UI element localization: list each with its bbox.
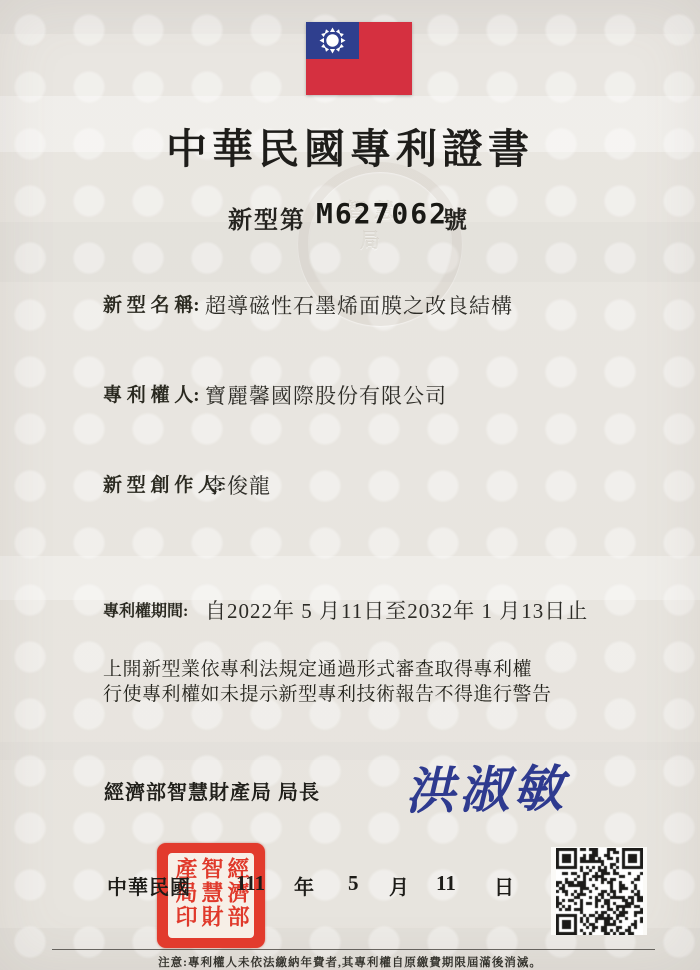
field-value-patentee: 寶麗馨國際股份有限公司 [205, 380, 447, 410]
field-value-creator: 李俊龍 [205, 470, 271, 500]
qr-code [551, 847, 647, 935]
patent-number-row: 新型第 M627062 號 [0, 197, 700, 229]
legal-statement-line2: 行使專利權如未提示新型專利技術報告不得進行警告 [103, 682, 552, 707]
certificate-title: 中華民國專利證書 [0, 116, 700, 175]
roc-flag-graphic [306, 22, 412, 95]
patent-number: M627062 [316, 197, 448, 230]
field-value-patent-term: 自2022年 5 月11日至2032年 1 月13日止 [205, 595, 588, 625]
date-day-unit: 日 [494, 871, 514, 900]
field-label-patent-term: 專利權期間: [103, 598, 188, 621]
date-year-unit: 年 [294, 871, 314, 900]
field-label-patentee: 專 利 權 人: [103, 380, 200, 407]
footnote-divider [52, 949, 655, 950]
roc-flag [306, 22, 412, 95]
date-day: 11 [436, 871, 456, 896]
date-month: 5 [348, 871, 359, 896]
date-year: 111 [236, 871, 265, 896]
certificate-page: 智慧局 中華民國專利證書 新型第 M627062 號 新 型 名 稱: 超導磁性… [0, 0, 700, 970]
patent-number-suffix: 號 [443, 200, 467, 235]
field-label-model-name: 新 型 名 稱: [103, 290, 200, 317]
legal-statement-line1: 上開新型業依專利法規定通過形式審查取得專利權 [103, 657, 552, 682]
director-general-signature: 洪淑敏 [404, 748, 585, 823]
field-value-model-name: 超導磁性石墨烯面膜之改良結構 [205, 290, 513, 320]
footnote-text: 注意:專利權人未依法繳納年費者,其專利權自原繳費期限屆滿後消滅。 [0, 954, 700, 970]
patent-number-prefix: 新型第 [228, 200, 306, 235]
qr-code-canvas [556, 848, 643, 935]
date-month-unit: 月 [389, 871, 409, 900]
date-era: 中華民國 [107, 871, 191, 900]
legal-statements: 上開新型業依專利法規定通過形式審查取得專利權 行使專利權如未提示新型專利技術報告… [103, 657, 552, 707]
issuer-agency-title: 經濟部智慧財產局 局長 [104, 776, 320, 805]
